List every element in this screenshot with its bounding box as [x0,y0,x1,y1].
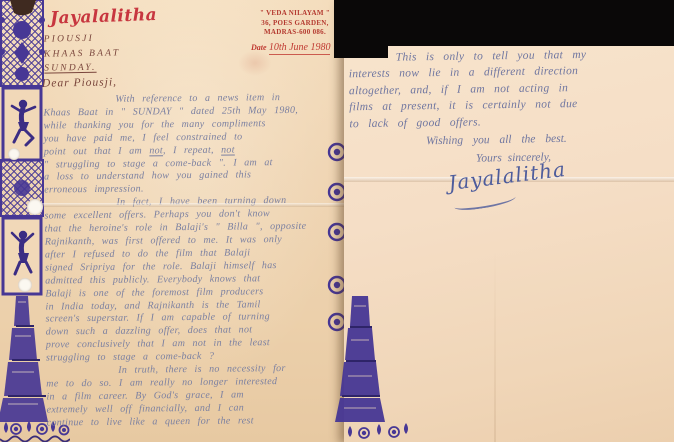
date-value: 10th June 1980 [269,42,331,55]
date-line: Date 10th June 1980 [251,42,330,53]
punch-hole [18,278,32,292]
date-label: Date [251,43,267,52]
letter-body-page-2: This is only to tell you that myinterest… [348,46,671,133]
letter-body-page-1: With reference to a news item inKhaas Ba… [43,92,332,431]
border-pillar-fragment [338,296,422,442]
signature-flourish [453,192,516,213]
letterhead-address-stamp: " VEDA NILAYAM "36, POES GARDEN,MADRAS-6… [251,9,339,38]
letter-page-2: This is only to tell you that myinterest… [344,0,674,442]
paper-stain [238,50,272,76]
handwritten-line: PIOUSJI [44,31,121,47]
closing-wish: Wishing you all the best. [426,133,567,147]
fold-crease [38,203,346,207]
punch-hole [27,199,43,215]
handwritten-line: SUNDAY. [44,60,121,76]
handwritten-line: MADRAS-600 086. [251,28,339,38]
border-top-ornament [0,0,45,86]
letterhead-script-name: Jayalalitha [50,5,147,28]
scanned-letter-composite: Jayalalitha " VEDA NILAYAM "36, POES GAR… [0,0,674,442]
border-pillar-art [0,296,48,422]
punch-hole [8,148,20,160]
fold-crease [494,250,496,442]
letter-page-1: Jayalalitha " VEDA NILAYAM "36, POES GAR… [0,0,346,442]
handwritten-line: KHAAS BAAT [44,46,121,62]
handwritten-line: " VEDA NILAYAM " [251,9,339,19]
salutation: Dear Piousji, [42,76,117,89]
handwritten-line: 36, POES GARDEN, [251,19,339,29]
recipient-address-block: PIOUSJIKHAAS BAATSUNDAY. [44,31,121,76]
